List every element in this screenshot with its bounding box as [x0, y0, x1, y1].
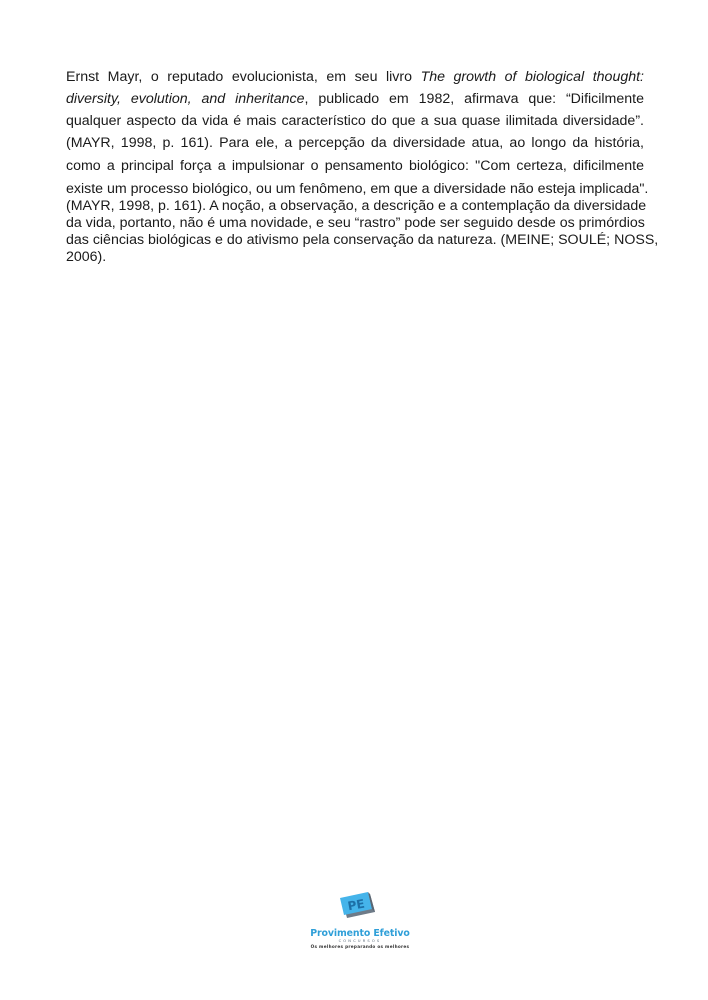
body-text: 2006). — [66, 249, 106, 265]
logo-subtitle: CONCURSOS — [300, 939, 420, 943]
paragraph-line: (MAYR, 1998, p. 161). A noção, a observa… — [66, 197, 644, 215]
paragraph-line: (MAYR, 1998, p. 161). Para ele, a percep… — [66, 134, 644, 152]
body-text: das ciências biológicas e do ativismo pe… — [66, 232, 658, 248]
paragraph-line: existe um processo biológico, ou um fenô… — [66, 180, 644, 198]
paragraph-line: Ernst Mayr, o reputado evolucionista, em… — [66, 68, 644, 86]
body-text: como a principal força a impulsionar o p… — [66, 158, 644, 174]
logo-mark-text: PE — [347, 897, 366, 914]
paragraph-line: 2006). — [66, 248, 644, 266]
paragraph-line: como a principal força a impulsionar o p… — [66, 157, 644, 175]
italic-title-text: diversity, evolution, and inheritance — [66, 91, 305, 107]
pe-cube-logo-icon: PE — [338, 892, 378, 920]
body-text: existe um processo biológico, ou um fenô… — [66, 181, 648, 197]
body-text: , publicado em 1982, afirmava que: “Difi… — [305, 91, 645, 107]
provimento-efetivo-logo: PE Provimento Efetivo CONCURSOS Os melho… — [300, 888, 420, 952]
paragraph-line: das ciências biológicas e do ativismo pe… — [66, 231, 644, 249]
body-text: qualquer aspecto da vida é mais caracter… — [66, 113, 644, 129]
body-text: Ernst Mayr, o reputado evolucionista, em… — [66, 69, 421, 85]
italic-title-text: The growth of biological thought: — [421, 69, 644, 85]
body-text: (MAYR, 1998, p. 161). A noção, a observa… — [66, 198, 646, 214]
logo-name: Provimento Efetivo — [300, 928, 420, 939]
body-text: (MAYR, 1998, p. 161). Para ele, a percep… — [66, 135, 644, 151]
paragraph-line: qualquer aspecto da vida é mais caracter… — [66, 112, 644, 130]
document-page: Ernst Mayr, o reputado evolucionista, em… — [0, 0, 708, 1000]
paragraph-line: da vida, portanto, não é uma novidade, e… — [66, 214, 644, 232]
logo-tagline: Os melhores preparando os melhores — [300, 944, 420, 949]
paragraph-line: diversity, evolution, and inheritance, p… — [66, 90, 644, 108]
body-text: da vida, portanto, não é uma novidade, e… — [66, 215, 645, 231]
